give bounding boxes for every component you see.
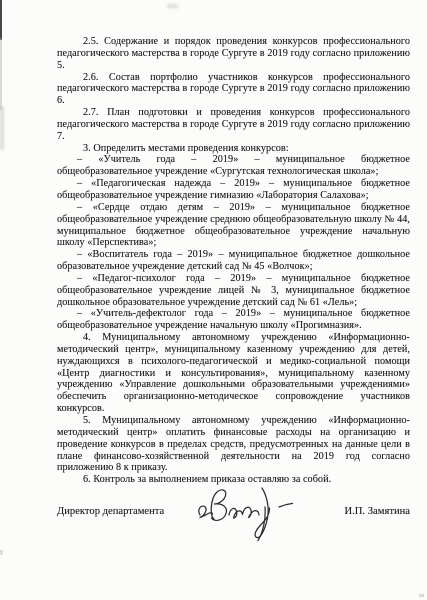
signatory-position-label: Директор департамента xyxy=(57,506,164,517)
order-paragraph: 5. Муниципальному автономному учреждению… xyxy=(57,415,410,474)
order-paragraph: 2.6. Состав портфолио участников конкурс… xyxy=(57,72,410,108)
order-paragraph: 2.5. Содержание и порядок проведения кон… xyxy=(57,36,410,72)
order-body: 2.5. Содержание и порядок проведения кон… xyxy=(57,36,410,486)
handwritten-signature-icon xyxy=(195,484,295,548)
scanned-order-page: 2.5. Содержание и порядок проведения кон… xyxy=(0,0,427,600)
order-paragraph: – «Воспитатель года – 2019» – муниципаль… xyxy=(57,249,410,273)
scan-smudge-artifact xyxy=(0,106,4,150)
order-paragraph: 4. Муниципальному автономному учреждению… xyxy=(57,332,410,415)
scan-corner-mark-artifact xyxy=(419,594,424,597)
scan-left-tick-artifact xyxy=(0,550,3,555)
scan-top-smudge-artifact xyxy=(167,4,178,8)
scan-edge-artifact-faint xyxy=(0,38,2,110)
scan-edge-artifact xyxy=(0,0,2,40)
signatory-name: И.П. Замятина xyxy=(344,506,410,517)
order-paragraph: – «Учитель года – 2019» – муниципальное … xyxy=(57,154,410,178)
order-paragraph: – «Учитель-дефектолог года – 2019» – мун… xyxy=(57,308,410,332)
order-paragraph: 3. Определить местами проведения конкурс… xyxy=(57,143,410,155)
order-paragraph: – «Сердце отдаю детям – 2019» – муниципа… xyxy=(57,202,410,249)
order-paragraph: – «Педагогическая надежда – 2019» – муни… xyxy=(57,178,410,202)
order-paragraph: 2.7. План подготовки и проведения конкур… xyxy=(57,107,410,143)
order-paragraph: – «Педагог-психолог года – 2019» – муниц… xyxy=(57,273,410,309)
